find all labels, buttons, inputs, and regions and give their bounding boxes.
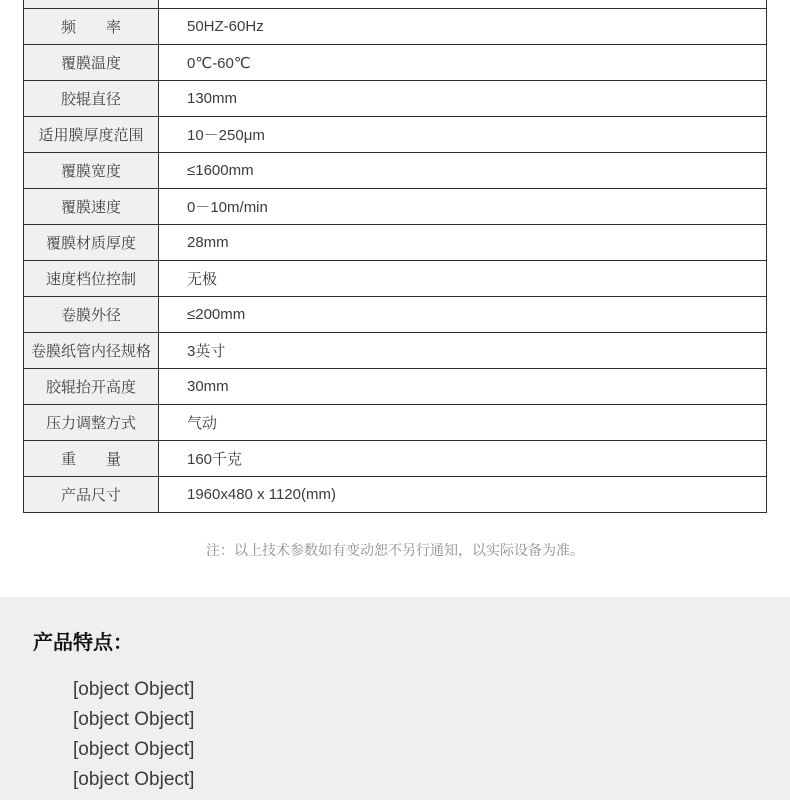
table-row: 频 率 50HZ-60Hz bbox=[24, 9, 766, 45]
table-row: 压力调整方式 气动 bbox=[24, 405, 766, 441]
spec-label: 压力调整方式 bbox=[24, 405, 159, 440]
spec-label: 覆膜温度 bbox=[24, 45, 159, 80]
table-row: 速度档位控制 无极 bbox=[24, 261, 766, 297]
table-row: 覆膜宽度 ≤1600mm bbox=[24, 153, 766, 189]
table-row: 胶辊抬开高度 30mm bbox=[24, 369, 766, 405]
spec-value: 3英寸 bbox=[159, 333, 766, 368]
spec-value bbox=[159, 0, 766, 8]
spec-value: ≤200mm bbox=[159, 297, 766, 332]
table-row: 胶辊直径 130mm bbox=[24, 81, 766, 117]
table-row: 覆膜速度 0－10m/min bbox=[24, 189, 766, 225]
spec-value: 28mm bbox=[159, 225, 766, 260]
spec-label bbox=[24, 0, 159, 8]
spec-label: 产品尺寸 bbox=[24, 477, 159, 512]
spec-value: 30mm bbox=[159, 369, 766, 404]
spec-value: 1960x480 x 1120(mm) bbox=[159, 477, 766, 512]
spec-label: 覆膜宽度 bbox=[24, 153, 159, 188]
spec-table: 频 率 50HZ-60Hz 覆膜温度 0℃-60℃ 胶辊直径 130mm 适用膜… bbox=[23, 0, 767, 513]
spec-value: 160千克 bbox=[159, 441, 766, 476]
features-panel: 产品特点： [object Object] [object Object] [o… bbox=[0, 597, 790, 800]
spec-label: 频 率 bbox=[24, 9, 159, 44]
feature-item: [object Object] bbox=[73, 735, 790, 765]
spec-value: 50HZ-60Hz bbox=[159, 9, 766, 44]
table-row: 重 量 160千克 bbox=[24, 441, 766, 477]
spec-label: 速度档位控制 bbox=[24, 261, 159, 296]
spec-label: 覆膜速度 bbox=[24, 189, 159, 224]
feature-list: [object Object] [object Object] [object … bbox=[73, 675, 790, 795]
spec-label: 胶辊抬开高度 bbox=[24, 369, 159, 404]
table-row: 卷膜纸管内径规格 3英寸 bbox=[24, 333, 766, 369]
spec-label: 适用膜厚度范围 bbox=[24, 117, 159, 152]
table-row: 卷膜外径 ≤200mm bbox=[24, 297, 766, 333]
spec-value: 气动 bbox=[159, 405, 766, 440]
features-title: 产品特点： bbox=[33, 630, 790, 656]
spec-table-body: 频 率 50HZ-60Hz 覆膜温度 0℃-60℃ 胶辊直径 130mm 适用膜… bbox=[24, 9, 766, 513]
spec-label: 重 量 bbox=[24, 441, 159, 476]
feature-item: [object Object] bbox=[73, 705, 790, 735]
spec-label: 卷膜外径 bbox=[24, 297, 159, 332]
product-detail-page: 频 率 50HZ-60Hz 覆膜温度 0℃-60℃ 胶辊直径 130mm 适用膜… bbox=[0, 0, 790, 800]
spec-label: 卷膜纸管内径规格 bbox=[24, 333, 159, 368]
table-row: 覆膜温度 0℃-60℃ bbox=[24, 45, 766, 81]
spec-value: 0℃-60℃ bbox=[159, 45, 766, 80]
spec-value: 10－250μm bbox=[159, 117, 766, 152]
spec-value: 0－10m/min bbox=[159, 189, 766, 224]
spec-value: 130mm bbox=[159, 81, 766, 116]
table-row: 适用膜厚度范围 10－250μm bbox=[24, 117, 766, 153]
table-row: 覆膜材质厚度 28mm bbox=[24, 225, 766, 261]
table-row-partial bbox=[24, 0, 766, 9]
feature-item: [object Object] bbox=[73, 675, 790, 705]
spec-label: 覆膜材质厚度 bbox=[24, 225, 159, 260]
table-row: 产品尺寸 1960x480 x 1120(mm) bbox=[24, 477, 766, 513]
spec-label: 胶辊直径 bbox=[24, 81, 159, 116]
disclaimer-note: 注：以上技术参数如有变动恕不另行通知，以实际设备为准。 bbox=[0, 540, 790, 560]
spec-value: ≤1600mm bbox=[159, 153, 766, 188]
feature-item: [object Object] bbox=[73, 765, 790, 795]
spec-value: 无极 bbox=[159, 261, 766, 296]
